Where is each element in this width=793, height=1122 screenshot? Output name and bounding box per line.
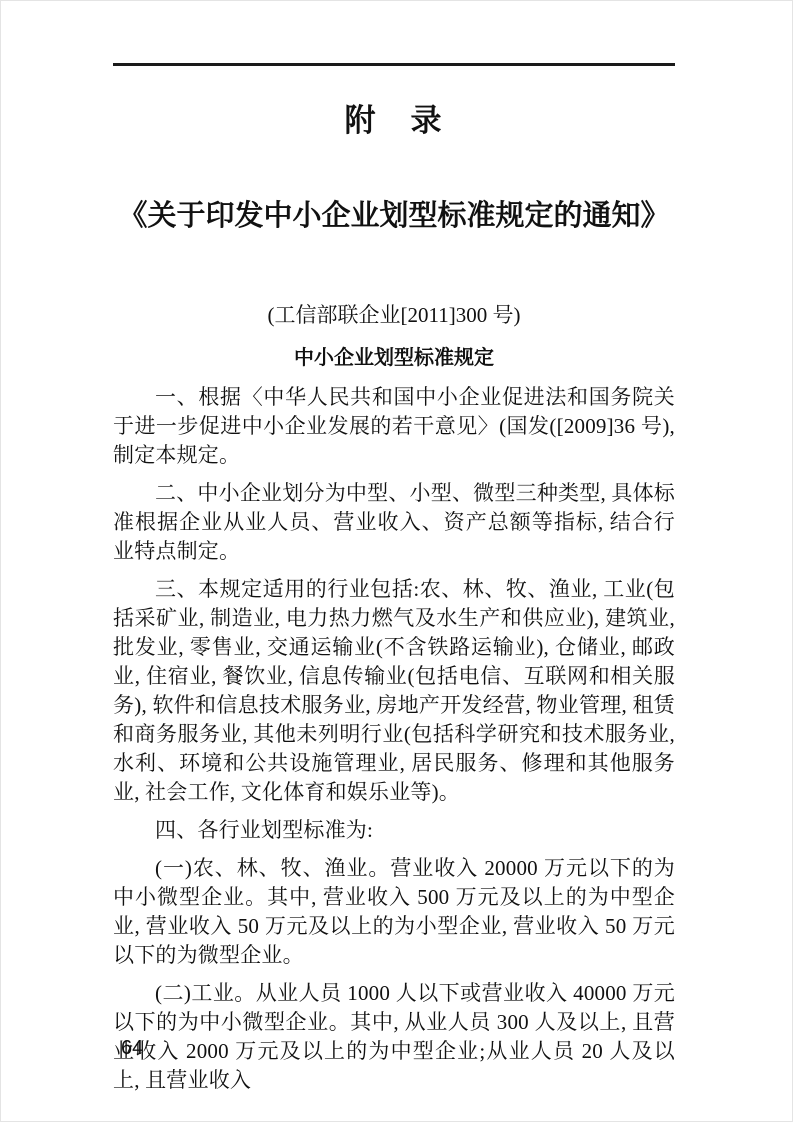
- document-title: 《关于印发中小企业划型标准规定的通知》: [113, 198, 675, 234]
- page-number: 64: [121, 1037, 143, 1060]
- top-rule: [113, 63, 675, 66]
- paragraph-2: 二、中小企业划分为中型、小型、微型三种类型, 具体标准根据企业从业人员、营业收入…: [113, 479, 675, 566]
- appendix-title: 附 录: [113, 104, 675, 138]
- body-text: 一、根据〈中华人民共和国中小企业促进法和国务院关于进一步促进中小企业发展的若干意…: [113, 383, 675, 1095]
- regulation-title: 中小企业划型标准规定: [113, 345, 675, 371]
- paragraph-6: (二)工业。从业人员 1000 人以下或营业收入 40000 万元以下的为中小微…: [113, 979, 675, 1095]
- document-page: 附 录 《关于印发中小企业划型标准规定的通知》 (工信部联企业[2011]300…: [0, 0, 793, 1122]
- document-number: (工信部联企业[2011]300 号): [113, 302, 675, 329]
- paragraph-4: 四、各行业划型标准为:: [113, 816, 675, 845]
- paragraph-1: 一、根据〈中华人民共和国中小企业促进法和国务院关于进一步促进中小企业发展的若干意…: [113, 383, 675, 470]
- paragraph-5: (一)农、林、牧、渔业。营业收入 20000 万元以下的为中小微型企业。其中, …: [113, 854, 675, 970]
- paragraph-3: 三、本规定适用的行业包括:农、林、牧、渔业, 工业(包括采矿业, 制造业, 电力…: [113, 575, 675, 807]
